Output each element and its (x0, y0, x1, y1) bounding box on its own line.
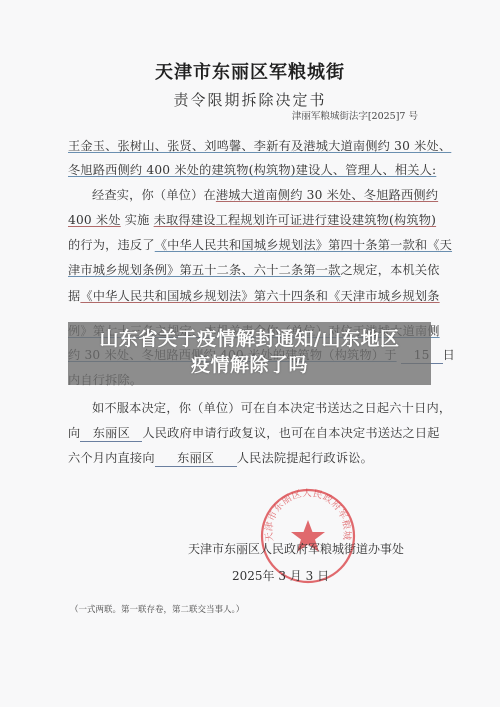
copies-note: （一式两联。第一联存卷，第二联交当事人。） (70, 603, 244, 615)
appeal-line-1: 如不服本决定，你（单位）可在自本决定书送达之日起六十日内， (68, 399, 433, 417)
appeal-line-3: 六个月内直接向东丽区人民法院提起行政诉讼。 (68, 449, 433, 467)
review-government: 东丽区 (80, 426, 142, 442)
body-text: 据 (68, 289, 80, 303)
body-line-4: 津市城乡规划条例》第五十二条、六十二条第一款之规定，本机关依 (68, 261, 433, 279)
headline-line-2: 疫情解除了吗 (68, 352, 431, 378)
body-text: 之规定，本机关依 (341, 263, 440, 277)
body-text: 的行为，违反了 (68, 238, 155, 252)
body-text: 经查实，你（单位）在 (92, 188, 216, 202)
headline-overlay-text: 山东省关于疫情解封通知/山东地区 疫情解除了吗 (68, 326, 431, 378)
violation-location: 港城大道南侧约 30 米处、冬旭路西侧约 (216, 188, 438, 202)
document-number: 津丽军粮城街法字[2025]7 号 (292, 108, 418, 122)
body-line-3: 的行为，违反了《中华人民共和国城乡规划法》第四十条第一款和《天 (68, 236, 433, 254)
body-line-5: 据《中华人民共和国城乡规划法》第六十四条和《天津市城乡规划条 (68, 287, 433, 305)
appeal-text: 人民政府申请行政复议，也可在自本决定书送达之日起 (142, 426, 439, 440)
signing-organization: 天津市东丽区人民政府军粮城街道办事处 (188, 540, 404, 557)
signing-date: 2025年 3 月 3 日 (232, 567, 329, 584)
addressee-line-2: 冬旭路西侧约 400 米处的建筑物(构筑物)建设人、管理人、相关人: (68, 161, 433, 179)
violation-act: 未取得建设工程规划许可证进行建设建筑物(构筑物) (154, 213, 436, 227)
violation-location-end: 400 米处 (68, 213, 121, 227)
addressee-line-1: 王金玉、张树山、张贤、刘鸣馨、李新有及港城大道南侧约 30 米处、 (68, 137, 433, 155)
violated-law: 《中华人民共和国城乡规划法》第四十条第一款和《天 (155, 238, 452, 252)
document-issuer-title: 天津市东丽区军粮城街 (0, 58, 500, 84)
appeal-text: 六个月内直接向 (68, 451, 155, 465)
document-page: 天津市东丽区军粮城街 责令限期拆除决定书 津丽军粮城街法字[2025]7 号 王… (0, 0, 500, 707)
body-text: 日 (443, 348, 455, 362)
body-line-2: 400 米处 实施 未取得建设工程规划许可证进行建设建筑物(构筑物) (68, 211, 433, 229)
body-text: 实施 (125, 213, 150, 227)
document-type-title: 责令限期拆除决定书 (0, 89, 500, 110)
basis-law: 《中华人民共和国城乡规划法》第六十四条和《天津市城乡规划条 (80, 289, 439, 303)
appeal-text: 如不服本决定，你（单位）可在自本决定书送达之日起六十日内， (92, 401, 451, 415)
body-line-1: 经查实，你（单位）在港城大道南侧约 30 米处、冬旭路西侧约 (68, 186, 433, 204)
violated-law-cont: 津市城乡规划条例》第五十二条、六十二条第一款 (68, 263, 341, 277)
appeal-line-2: 向东丽区人民政府申请行政复议，也可在自本决定书送达之日起 (68, 424, 433, 442)
headline-line-1: 山东省关于疫情解封通知/山东地区 (68, 326, 431, 352)
appeal-text: 向 (68, 426, 80, 440)
litigation-court: 东丽区 (155, 451, 237, 467)
appeal-text: 人民法院提起行政诉讼。 (237, 451, 373, 465)
